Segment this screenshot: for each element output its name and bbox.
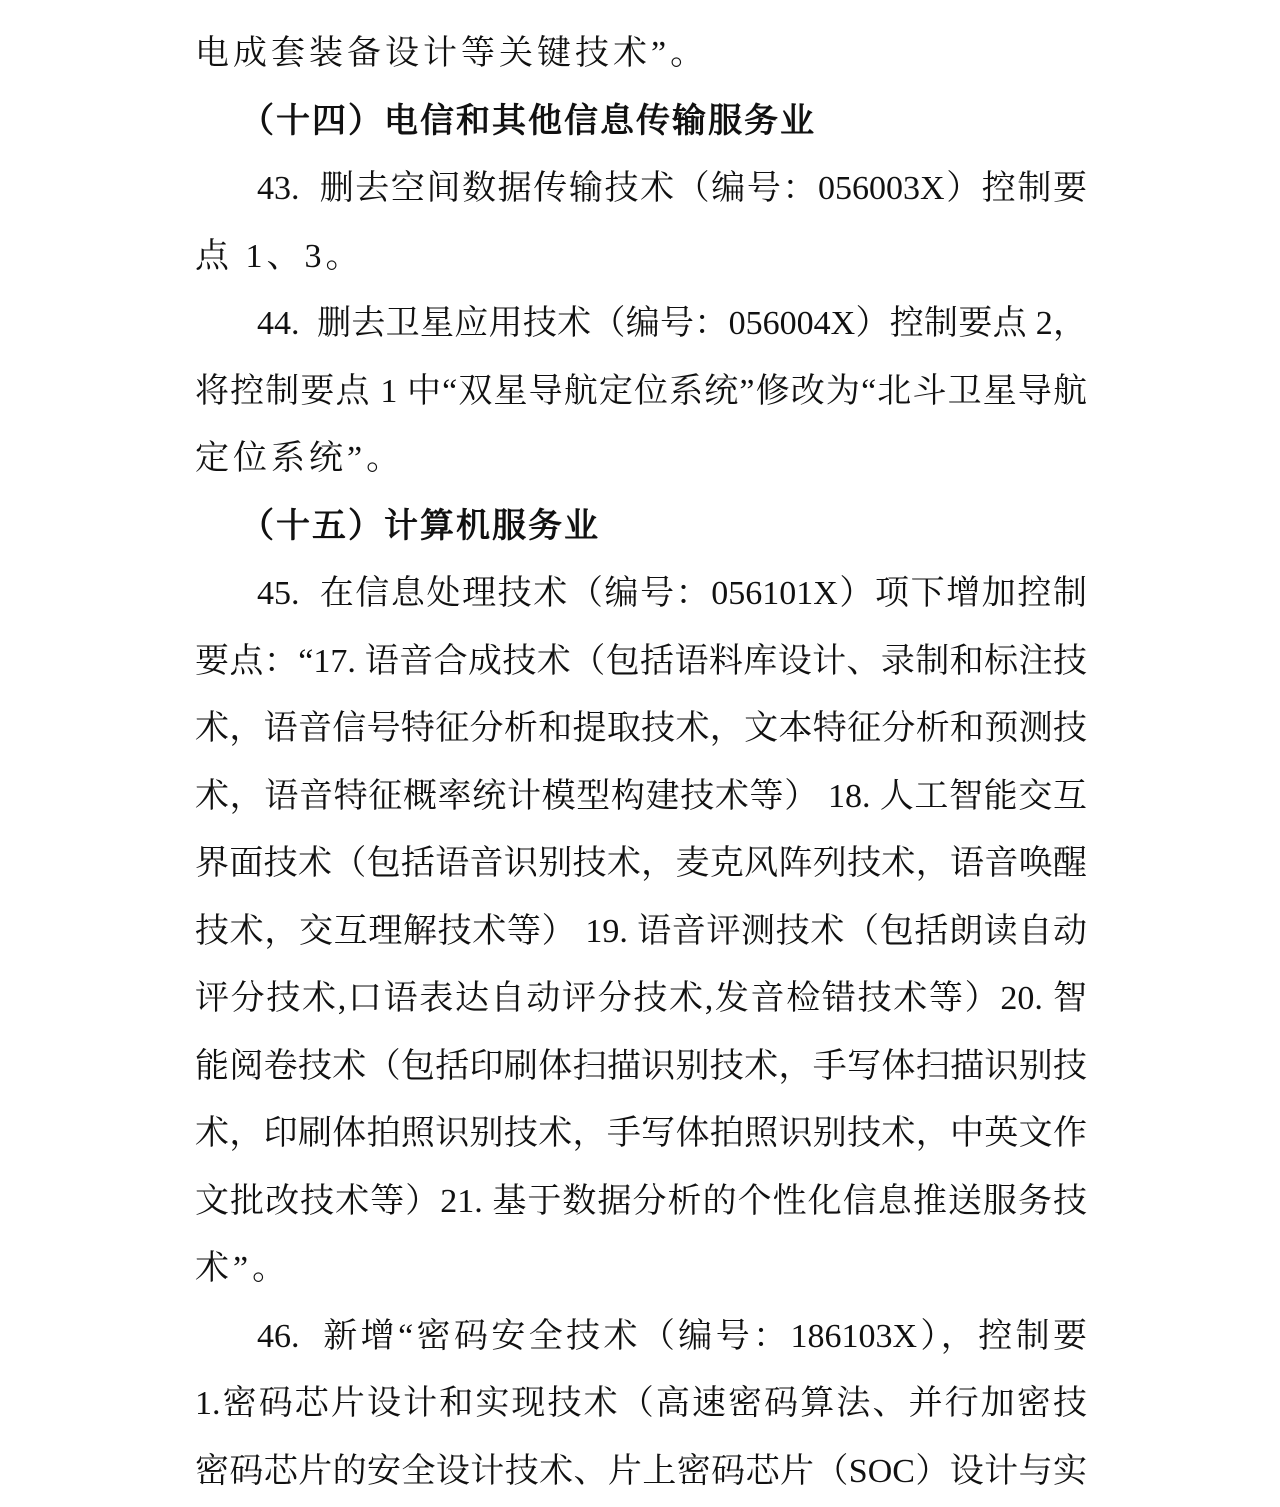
document-text-block: 电成套装备设计等关键技术”。（十四）电信和其他信息传输服务业43. 删去空间数据… — [195, 20, 1087, 1505]
document-line: 能阅卷技术（包括印刷体扫描识别技术，手写体扫描识别技 — [195, 1033, 1087, 1101]
document-line: 界面技术（包括语音识别技术，麦克风阵列技术，语音唤醒 — [195, 830, 1087, 898]
document-line: 术，语音特征概率统计模型构建技术等） 18. 人工智能交互 — [195, 763, 1087, 831]
document-line: 技术，交互理解技术等） 19. 语音评测技术（包括朗读自动 — [195, 898, 1087, 966]
document-line: 1.密码芯片设计和实现技术（高速密码算法、并行加密技术、 — [195, 1370, 1087, 1438]
document-line: 电成套装备设计等关键技术”。 — [195, 20, 1087, 88]
document-line: 43. 删去空间数据传输技术（编号：056003X）控制要 — [195, 155, 1087, 223]
document-line: 术，印刷体拍照识别技术，手写体拍照识别技术，中英文作 — [195, 1100, 1087, 1168]
document-line: 定位系统”。 — [195, 425, 1087, 493]
document-line: 点 1、3。 — [195, 223, 1087, 291]
document-line: 要点：“17. 语音合成技术（包括语料库设计、录制和标注技 — [195, 628, 1087, 696]
section-heading: （十四）电信和其他信息传输服务业 — [195, 88, 1087, 156]
document-line: 评分技术,口语表达自动评分技术,发音检错技术等）20. 智 — [195, 965, 1087, 1033]
document-line: 将控制要点 1 中“双星导航定位系统”修改为“北斗卫星导航 — [195, 358, 1087, 426]
section-heading: （十五）计算机服务业 — [195, 493, 1087, 561]
document-line: 文批改技术等）21. 基于数据分析的个性化信息推送服务技 — [195, 1168, 1087, 1236]
document-page: 电成套装备设计等关键技术”。（十四）电信和其他信息传输服务业43. 删去空间数据… — [0, 0, 1280, 1507]
document-line: 术，语音信号特征分析和提取技术，文本特征分析和预测技 — [195, 695, 1087, 763]
document-line: 术”。 — [195, 1235, 1087, 1303]
document-line: 45. 在信息处理技术（编号：056101X）项下增加控制 — [195, 560, 1087, 628]
document-line: 46. 新增“密码安全技术（编号：186103X），控制要点： — [195, 1303, 1087, 1371]
document-line: 密码芯片的安全设计技术、片上密码芯片（SOC）设计与实 — [195, 1438, 1087, 1506]
document-line: 44. 删去卫星应用技术（编号：056004X）控制要点 2， — [195, 290, 1087, 358]
